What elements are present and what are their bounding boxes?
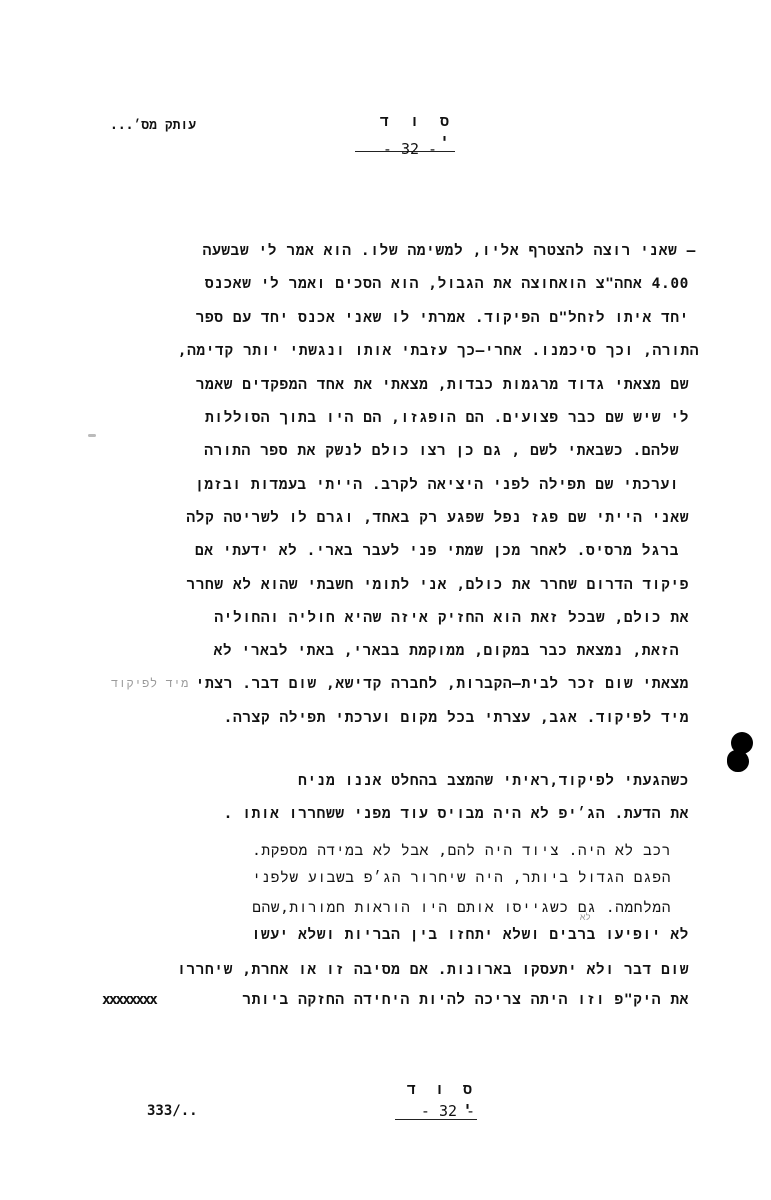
paragraph-2-line-2: את הדעת. הג׳יפ לא היה מבויס עוד מפני ששח… <box>224 806 689 823</box>
page-number-header: - 32 - <box>380 140 440 158</box>
crossed-out-text: xxxxxxxx <box>102 992 156 1008</box>
paper-speck <box>88 434 96 437</box>
body-line: לי שיש שם כבר פצועים. הם הופגזו, הם היו … <box>205 410 689 427</box>
reference-number: 333/.. <box>147 1103 198 1119</box>
paragraph-3-line-2: הפגם הגדול ביותר, היה שיחרור הג׳פ בשבוע … <box>252 870 671 887</box>
paragraph-3-line-3: המלחמה. גם כשגייסו אותם היו הוראות חמורו… <box>252 900 671 917</box>
paragraph-4-line-1: לא יופיעו ברבים ושלא יתחזו בין הבריות וש… <box>252 927 689 944</box>
page-number-footer: - 32 - <box>418 1102 478 1120</box>
handwritten-insert: לא <box>580 913 591 923</box>
body-line: שם מצאתי גדוד מרגמות כבדות, מצאתי את אחד… <box>196 377 689 394</box>
body-line: פיקוד הדרום שחרר את כולם, אני לתומי חשבת… <box>186 577 689 594</box>
body-line: ברגל מרסיס. לאחר מכן שמתי פני לעבר בארי.… <box>195 543 679 560</box>
body-line: מיד לפיקוד. אגב, עצרתי בכל מקום וערכתי ת… <box>224 710 689 727</box>
body-line: הזאת, נמצאת כבר במקום, ממוקמת בבארי, באת… <box>214 643 679 660</box>
body-line: התורה, וכך סיכמנו. אחרי–כך עזבתי אותו ונ… <box>178 343 699 360</box>
body-line: יחד איתו לזחל"ם הפיקוד. אמרתי לו שאני אכ… <box>196 310 689 327</box>
paragraph-3-line-1: רכב לא היה. ציוד היה להם, אבל לא במידה מ… <box>252 843 671 860</box>
body-line: שלהם. כשבאתי לשם , גם כן רצו כולם לנשק א… <box>204 443 679 460</box>
paragraph-4-line-3: את היק"פ וזו היתה צריכה להיות היחידה החז… <box>242 992 689 1009</box>
document-page: עותק מס׳... ס ו ד י - 32 - – שאני רוצה ל… <box>0 0 771 1200</box>
ink-blot-lower <box>727 750 749 772</box>
body-line: – שאני רוצה להצטרף אליו, למשימה שלו. הוא… <box>203 243 696 260</box>
body-line: את כולם, שבכל זאת הוא החזיק איזה שהיא חו… <box>214 610 689 627</box>
body-line: וערכתי שם תפילה לפני היציאה לקרב. הייתי … <box>195 477 679 494</box>
copy-number-label: עותק מס׳... <box>110 118 196 133</box>
body-line: שאני הייתי שם פגז נפל שפגע רק באחד, וגרם… <box>186 510 689 527</box>
faint-overtyped-text: מיד לפיקוד <box>111 676 189 691</box>
paragraph-4-line-2: שום דבר ולא יתעסקו בארונות. אם מסיבה זו … <box>177 962 689 979</box>
paragraph-2-line-1: כשהגעתי לפיקוד,ראיתי שהמצב בהחלט אננו מנ… <box>298 773 689 790</box>
body-line: 4.00 אחה"צ הואחוצה את הגבול, הוא הסכים ו… <box>205 276 689 293</box>
body-line: מצאתי שום זכר לבית–הקברות, לחברה קדישא, … <box>196 676 689 693</box>
